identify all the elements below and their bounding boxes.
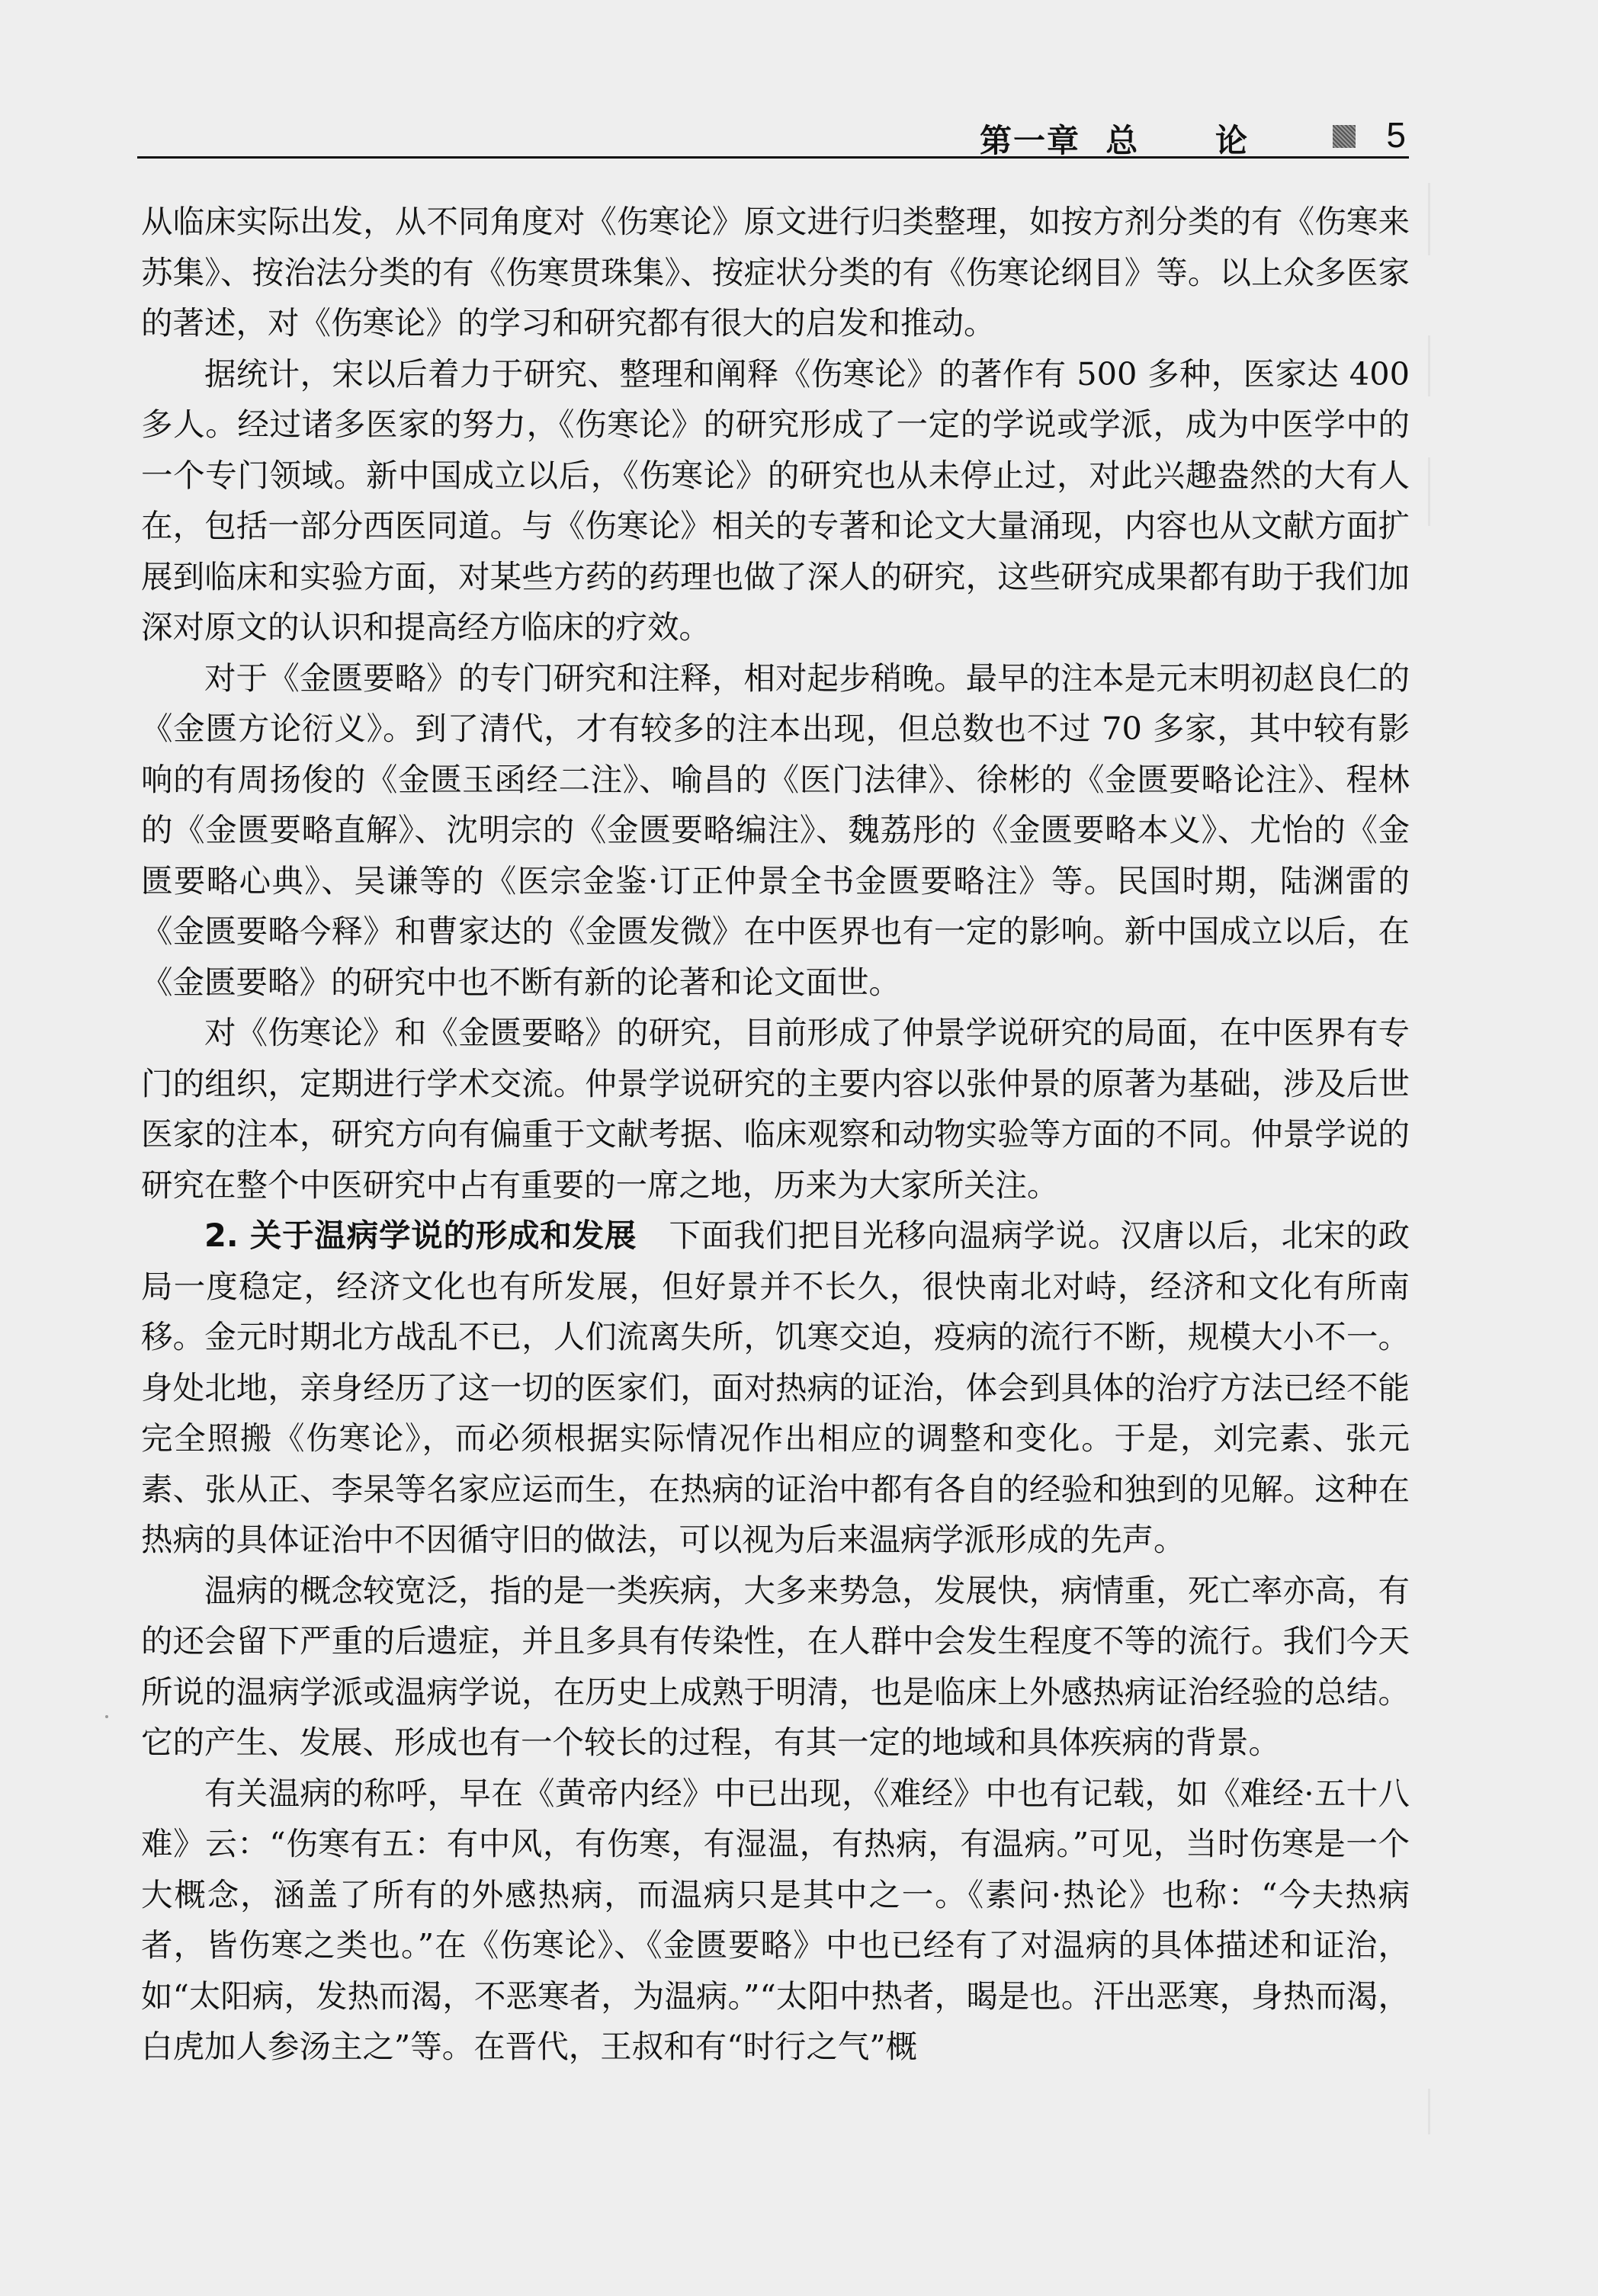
paragraph-3: 对于《金匮要略》的专门研究和注释，相对起步稍晚。最早的注本是元末明初赵良仁的《金… — [141, 653, 1410, 1009]
header-rule — [137, 156, 1409, 159]
chapter-title: 第一章 总 论 — [980, 116, 1249, 162]
paragraph-5-text: 下面我们把目光移向温病学说。汉唐以后，北宋的政局一度稳定，经济文化也有所发展，但… — [141, 1217, 1410, 1558]
page-number: 5 — [1386, 114, 1406, 156]
scan-artifact-line — [1428, 335, 1430, 396]
scan-artifact-line — [1428, 457, 1430, 526]
square-marker-icon — [1333, 125, 1356, 148]
running-header: 第一章 总 论 5 — [137, 107, 1409, 159]
paragraph-1: 从临床实际出发，从不同角度对《伤寒论》原文进行归类整理，如按方剂分类的有《伤寒来… — [141, 197, 1410, 349]
paragraph-6: 温病的概念较宽泛，指的是一类疾病，大多来势急，发展快，病情重，死亡率亦高，有的还… — [141, 1566, 1410, 1768]
paragraph-2: 据统计，宋以后着力于研究、整理和阐释《伤寒论》的著作有 500 多种，医家达 4… — [141, 349, 1410, 653]
paragraph-7: 有关温病的称呼，早在《黄帝内经》中已出现，《难经》中也有记载，如《难经·五十八难… — [141, 1768, 1410, 2073]
paragraph-4: 对《伤寒论》和《金匮要略》的研究，目前形成了仲景学说研究的局面，在中医界有专门的… — [141, 1008, 1410, 1211]
scan-artifact-line — [1428, 2089, 1430, 2134]
scan-artifact-line — [1428, 183, 1430, 255]
body-text: 从临床实际出发，从不同角度对《伤寒论》原文进行归类整理，如按方剂分类的有《伤寒来… — [141, 197, 1410, 2073]
section-heading: 2. 关于温病学说的形成和发展 — [204, 1217, 637, 1254]
scan-artifact-dot — [105, 1715, 108, 1718]
paragraph-5: 2. 关于温病学说的形成和发展 下面我们把目光移向温病学说。汉唐以后，北宋的政局… — [141, 1211, 1410, 1566]
